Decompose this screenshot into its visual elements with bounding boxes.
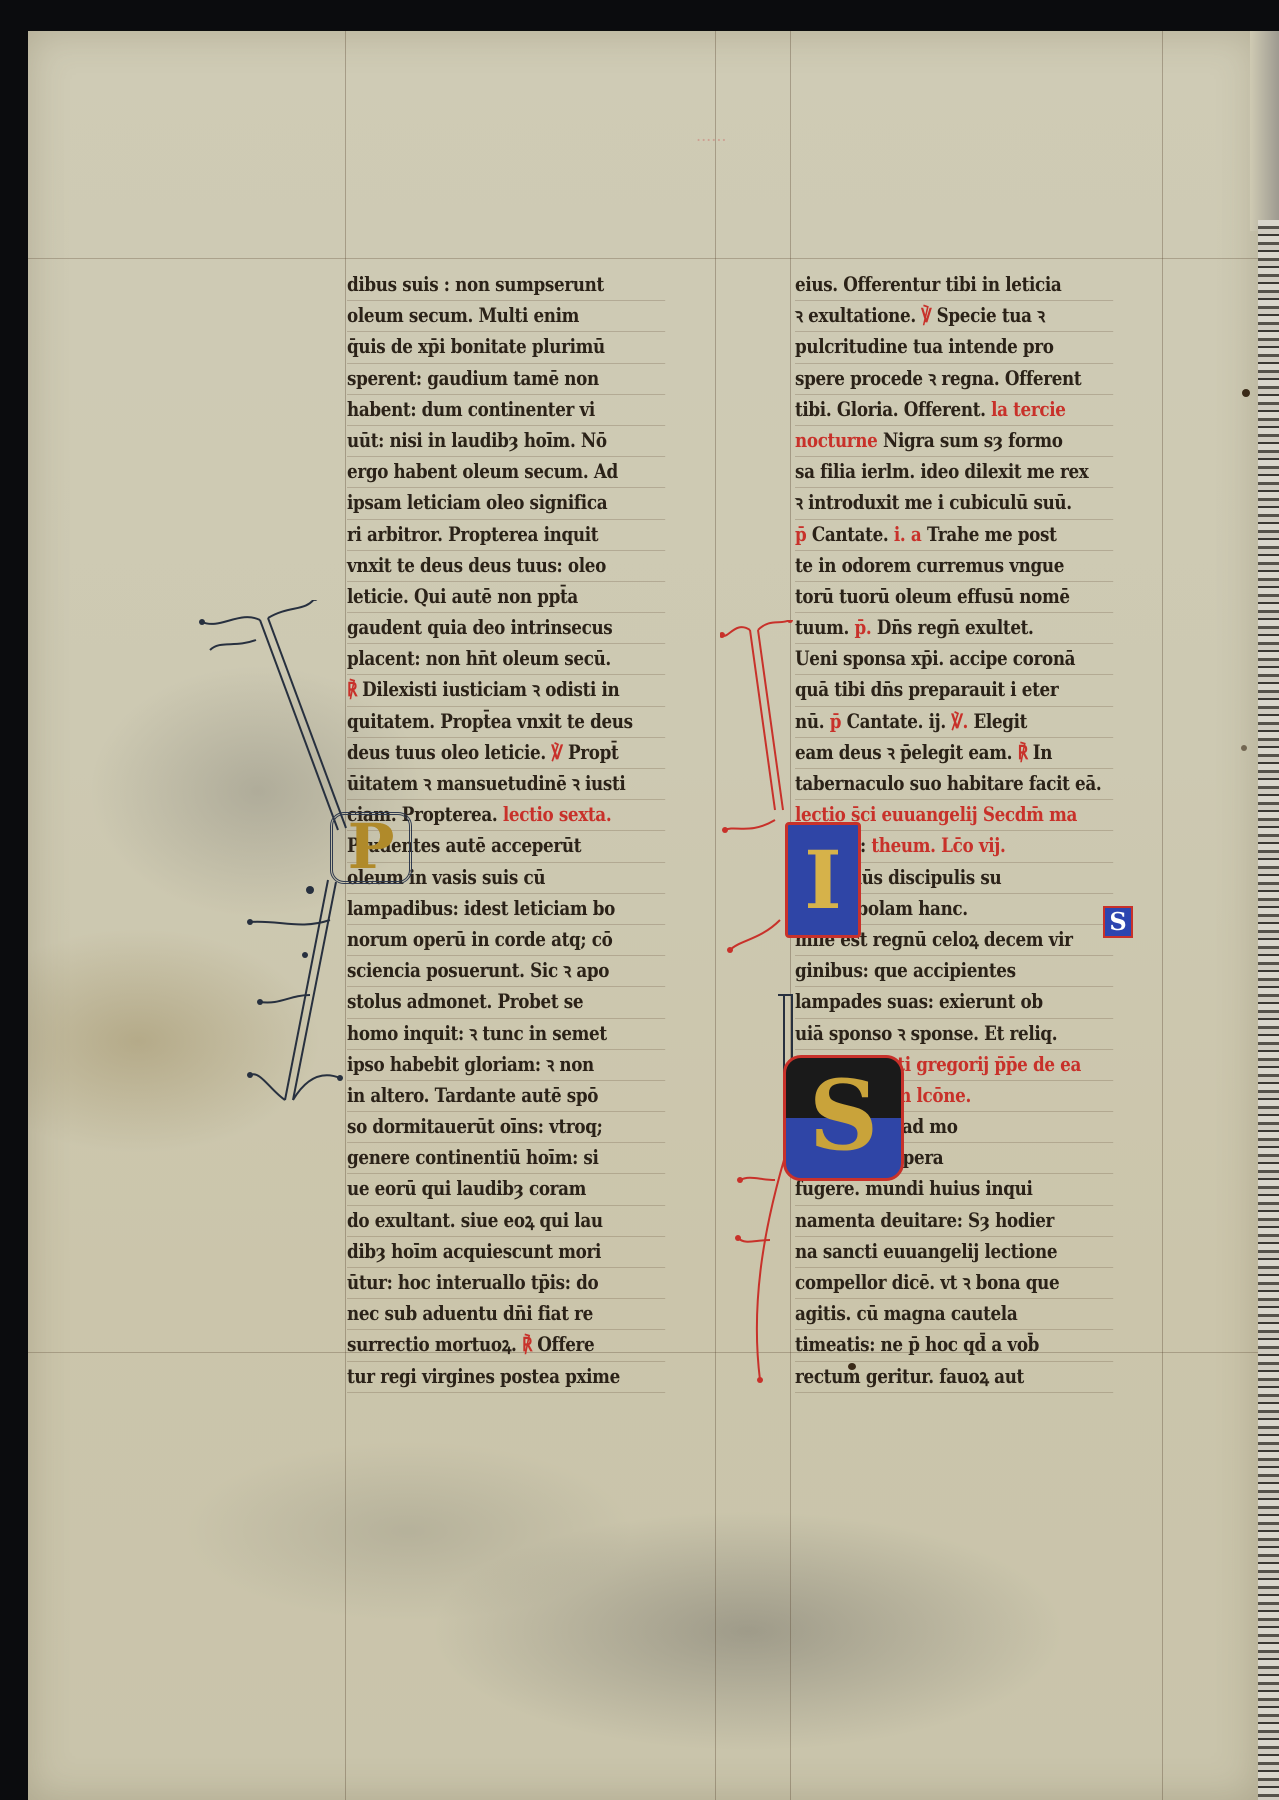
text-segment: torū tuorū oleum effusū nomē	[795, 585, 1070, 608]
text-segment: nū.	[795, 710, 830, 733]
decorated-initial-i: I	[785, 822, 861, 938]
text-segment: Nigra sum sȝ formo	[883, 429, 1063, 452]
text-segment: compellor dicē. vt ꝛ bona que	[795, 1271, 1059, 1294]
text-line: ℟ Dilexisti iusticiam ꝛ odisti in	[347, 675, 665, 706]
text-segment: tabernaculo suo habitare facit eā.	[795, 772, 1101, 795]
text-segment: eius. Offerentur tibi in leticia	[795, 273, 1061, 296]
text-segment: homo inquit: ꝛ tunc in semet	[347, 1022, 607, 1045]
book-page-edges	[1258, 220, 1279, 1800]
text-line: eam deus ꝛ p̄elegit eam. ℟ In	[795, 738, 1113, 769]
text-line: uiā sponso ꝛ sponse. Et reliq.	[795, 1019, 1113, 1050]
text-segment: tibi. Gloria. Offerent.	[795, 398, 991, 421]
text-segment: dibus suis : non sumpserunt	[347, 273, 604, 296]
text-segment: Specie tua ꝛ	[937, 304, 1045, 327]
text-line: homo inquit: ꝛ tunc in semet	[347, 1019, 665, 1050]
penwork-flourish-left	[190, 600, 350, 1120]
text-line: ipsam leticiam oleo significa	[347, 488, 665, 519]
text-line: leticie. Qui autē non ppt̄a	[347, 582, 665, 613]
decorated-initial-p: P	[330, 812, 412, 884]
text-segment: uiā sponso ꝛ sponse. Et reliq.	[795, 1022, 1057, 1045]
text-line: sperent: gaudium tamē non	[347, 364, 665, 395]
text-line: vnxit te deus deus tuus: oleo	[347, 551, 665, 582]
text-segment: quitatem. Propt̄ea vnxit te deus	[347, 710, 633, 733]
text-line: ue eorū qui laudibȝ coram	[347, 1174, 665, 1205]
text-line: deus tuus oleo leticie. ℣ Propt̄	[347, 738, 665, 769]
text-segment: Offere	[537, 1333, 594, 1356]
rubric-text: la tercie	[991, 398, 1065, 421]
text-line: gaudent quia deo intrinsecus	[347, 613, 665, 644]
text-segment: dibȝ hoīm acquiescunt mori	[347, 1240, 601, 1263]
text-line: q̄uis de xp̄i bonitate plurimū	[347, 332, 665, 363]
rubric-text: nocturne	[795, 429, 883, 452]
text-segment: ūtur: hoc interuallo tp̄is: do	[347, 1271, 598, 1294]
text-line: torū tuorū oleum effusū nomē	[795, 582, 1113, 613]
text-segment: na sancti euuangelij lectione	[795, 1240, 1057, 1263]
text-segment: agitis. cū magna cautela	[795, 1302, 1017, 1325]
text-line: sciencia posuerunt. Sic ꝛ apo	[347, 956, 665, 987]
text-segment: ꝛ exultatione.	[795, 304, 921, 327]
text-line: norum operū in corde atq; cō	[347, 925, 665, 956]
text-line: ꝛ introduxit me i cubiculū suū.	[795, 488, 1113, 519]
rubric-text: p̄.	[855, 616, 877, 639]
text-segment: tuum.	[795, 616, 855, 639]
text-line: lampades suas: exierunt ob	[795, 987, 1113, 1018]
text-line: pulcritudine tua intende pro	[795, 332, 1113, 363]
text-segment: do exultant. siue eoꝝ qui lau	[347, 1209, 603, 1232]
text-segment: Elegit	[973, 710, 1027, 733]
rubric-text: theum. Lc̄o vij.	[871, 834, 1005, 857]
text-segment: nec sub aduentu dn̄i fiat re	[347, 1302, 593, 1325]
text-line: p̄ Cantate. i. a Trahe me post	[795, 520, 1113, 551]
text-line: in altero. Tardante autē spō	[347, 1081, 665, 1112]
text-line: na sancti euuangelij lectione	[795, 1237, 1113, 1268]
text-segment: ꝛ introduxit me i cubiculū suū.	[795, 491, 1072, 514]
text-line: ri arbitror. Propterea inquit	[347, 520, 665, 551]
faint-header-mark: ......	[696, 126, 727, 145]
text-line: nocturne Nigra sum sȝ formo	[795, 426, 1113, 457]
text-line: ergo habent oleum secum. Ad	[347, 457, 665, 488]
text-segment: genere continentiū hoīm: si	[347, 1146, 599, 1169]
text-line: tuum. p̄. Dn̄s regn̄ exultet.	[795, 613, 1113, 644]
text-segment: timeatis: ne p̄ hoc qd̄ a vob̄	[795, 1333, 1039, 1356]
text-line: agitis. cū magna cautela	[795, 1299, 1113, 1330]
text-line: uūt: nisi in laudibȝ hoīm. Nō	[347, 426, 665, 457]
text-line: ꝛ exultatione. ℣ Specie tua ꝛ	[795, 301, 1113, 332]
text-segment: ūitatem ꝛ mansuetudinē ꝛ iusti	[347, 772, 625, 795]
stain-mark	[1242, 389, 1250, 397]
text-line: nec sub aduentu dn̄i fiat re	[347, 1299, 665, 1330]
text-line: dibȝ hoīm acquiescunt mori	[347, 1237, 665, 1268]
text-segment: in altero. Tardante autē spō	[347, 1084, 598, 1107]
stain-mark	[848, 1363, 856, 1370]
text-segment: sa filia ierlm. ideo dilexit me rex	[795, 460, 1088, 483]
text-line: quā tibi dn̄s preparauit i eter	[795, 675, 1113, 706]
text-segment: lampadibus: idest leticiam bo	[347, 897, 615, 920]
text-line: ipso habebit gloriam: ꝛ non	[347, 1050, 665, 1081]
text-segment: uūt: nisi in laudibȝ hoīm. Nō	[347, 429, 607, 452]
text-segment: leticie. Qui autē non ppt̄a	[347, 585, 578, 608]
text-segment: Dn̄s regn̄ exultet.	[877, 616, 1034, 639]
text-segment: te in odorem curremus vngue	[795, 554, 1064, 577]
text-line: placent: non hn̄t oleum secū.	[347, 644, 665, 675]
text-line: lampadibus: idest leticiam bo	[347, 894, 665, 925]
text-line: ūtur: hoc interuallo tp̄is: do	[347, 1268, 665, 1299]
text-line: habent: dum continenter vi	[347, 395, 665, 426]
ruling-line	[28, 258, 1258, 259]
text-segment: ergo habent oleum secum. Ad	[347, 460, 618, 483]
text-segment: Trahe me post	[921, 523, 1056, 546]
rubric-text: p̄	[830, 710, 847, 733]
text-segment: rectum geritur. fauoꝝ aut	[795, 1365, 1024, 1388]
text-line: genere continentiū hoīm: si	[347, 1143, 665, 1174]
text-line: ūitatem ꝛ mansuetudinē ꝛ iusti	[347, 769, 665, 800]
text-line: surrectio mortuoꝝ. ℟ Offere	[347, 1330, 665, 1361]
text-line: tibi. Gloria. Offerent. la tercie	[795, 395, 1113, 426]
text-segment: tur regi virgines postea pxime	[347, 1365, 620, 1388]
rubric-text: ℟	[347, 678, 362, 701]
text-segment: pulcritudine tua intende pro	[795, 335, 1054, 358]
text-segment: Cantate. ij.	[847, 710, 952, 733]
decorated-initial-s-large: S	[783, 1055, 904, 1181]
text-line: tur regi virgines postea pxime	[347, 1362, 665, 1393]
text-line: tabernaculo suo habitare facit eā.	[795, 769, 1113, 800]
text-segment: ginibus: que accipientes	[795, 959, 1016, 982]
text-line: nū. p̄ Cantate. ij. ℣. Elegit	[795, 707, 1113, 738]
text-line: Ueni sponsa xp̄i. accipe coronā	[795, 644, 1113, 675]
text-segment: Propt̄	[568, 741, 618, 764]
text-line: ginibus: que accipientes	[795, 956, 1113, 987]
book-edge-top	[1250, 31, 1279, 231]
rubric-text: lectio sexta.	[503, 803, 611, 826]
text-line: timeatis: ne p̄ hoc qd̄ a vob̄	[795, 1330, 1113, 1361]
text-line: sa filia ierlm. ideo dilexit me rex	[795, 457, 1113, 488]
text-segment: ri arbitror. Propterea inquit	[347, 523, 598, 546]
text-segment: sciencia posuerunt. Sic ꝛ apo	[347, 959, 609, 982]
text-segment: q̄uis de xp̄i bonitate plurimū	[347, 335, 605, 358]
decorated-initial-s-small: S	[1103, 906, 1133, 938]
text-segment: deus tuus oleo leticie.	[347, 741, 551, 764]
text-line: quitatem. Propt̄ea vnxit te deus	[347, 707, 665, 738]
rubric-text: i. a	[894, 523, 922, 546]
rubric-text: ℟	[1018, 741, 1033, 764]
text-segment: quā tibi dn̄s preparauit i eter	[795, 678, 1058, 701]
text-segment: so dormitauerūt oīns: vtroq;	[347, 1115, 602, 1138]
text-segment: In	[1033, 741, 1052, 764]
text-line: stolus admonet. Probet se	[347, 987, 665, 1018]
stain-mark	[1241, 745, 1247, 751]
text-segment: ipso habebit gloriam: ꝛ non	[347, 1053, 594, 1076]
text-line: eius. Offerentur tibi in leticia	[795, 270, 1113, 301]
text-line: spere procede ꝛ regna. Offerent	[795, 364, 1113, 395]
text-segment: habent: dum continenter vi	[347, 398, 595, 421]
text-segment: eam deus ꝛ p̄elegit eam.	[795, 741, 1018, 764]
rubric-text: p̄	[795, 523, 812, 546]
text-segment: spere procede ꝛ regna. Offerent	[795, 367, 1081, 390]
text-line: namenta deuitare: Sȝ hodier	[795, 1206, 1113, 1237]
text-segment: placent: non hn̄t oleum secū.	[347, 647, 611, 670]
text-segment: lampades suas: exierunt ob	[795, 990, 1043, 1013]
text-segment: ue eorū qui laudibȝ coram	[347, 1177, 586, 1200]
text-segment: Ueni sponsa xp̄i. accipe coronā	[795, 647, 1075, 670]
rubric-text: ℣	[921, 304, 936, 327]
text-segment: oleum secum. Multi enim	[347, 304, 579, 327]
text-segment: Cantate.	[812, 523, 894, 546]
text-line: rectum geritur. fauoꝝ aut	[795, 1362, 1113, 1393]
text-segment: namenta deuitare: Sȝ hodier	[795, 1209, 1054, 1232]
text-line: do exultant. siue eoꝝ qui lau	[347, 1206, 665, 1237]
rubric-text: ℣	[551, 741, 568, 764]
rubric-text: ℣.	[951, 710, 973, 733]
text-segment: vnxit te deus deus tuus: oleo	[347, 554, 606, 577]
text-line: dibus suis : non sumpserunt	[347, 270, 665, 301]
text-segment: gaudent quia deo intrinsecus	[347, 616, 612, 639]
text-segment: Dilexisti iusticiam ꝛ odisti in	[362, 678, 619, 701]
text-line: te in odorem curremus vngue	[795, 551, 1113, 582]
text-line: oleum secum. Multi enim	[347, 301, 665, 332]
text-line: so dormitauerūt oīns: vtroq;	[347, 1112, 665, 1143]
text-line: compellor dicē. vt ꝛ bona que	[795, 1268, 1113, 1299]
text-segment: stolus admonet. Probet se	[347, 990, 583, 1013]
text-segment: norum operū in corde atq; cō	[347, 928, 612, 951]
text-segment: surrectio mortuoꝝ.	[347, 1333, 522, 1356]
text-segment: ipsam leticiam oleo significa	[347, 491, 607, 514]
rubric-text: ℟	[522, 1333, 537, 1356]
text-segment: sperent: gaudium tamē non	[347, 367, 599, 390]
